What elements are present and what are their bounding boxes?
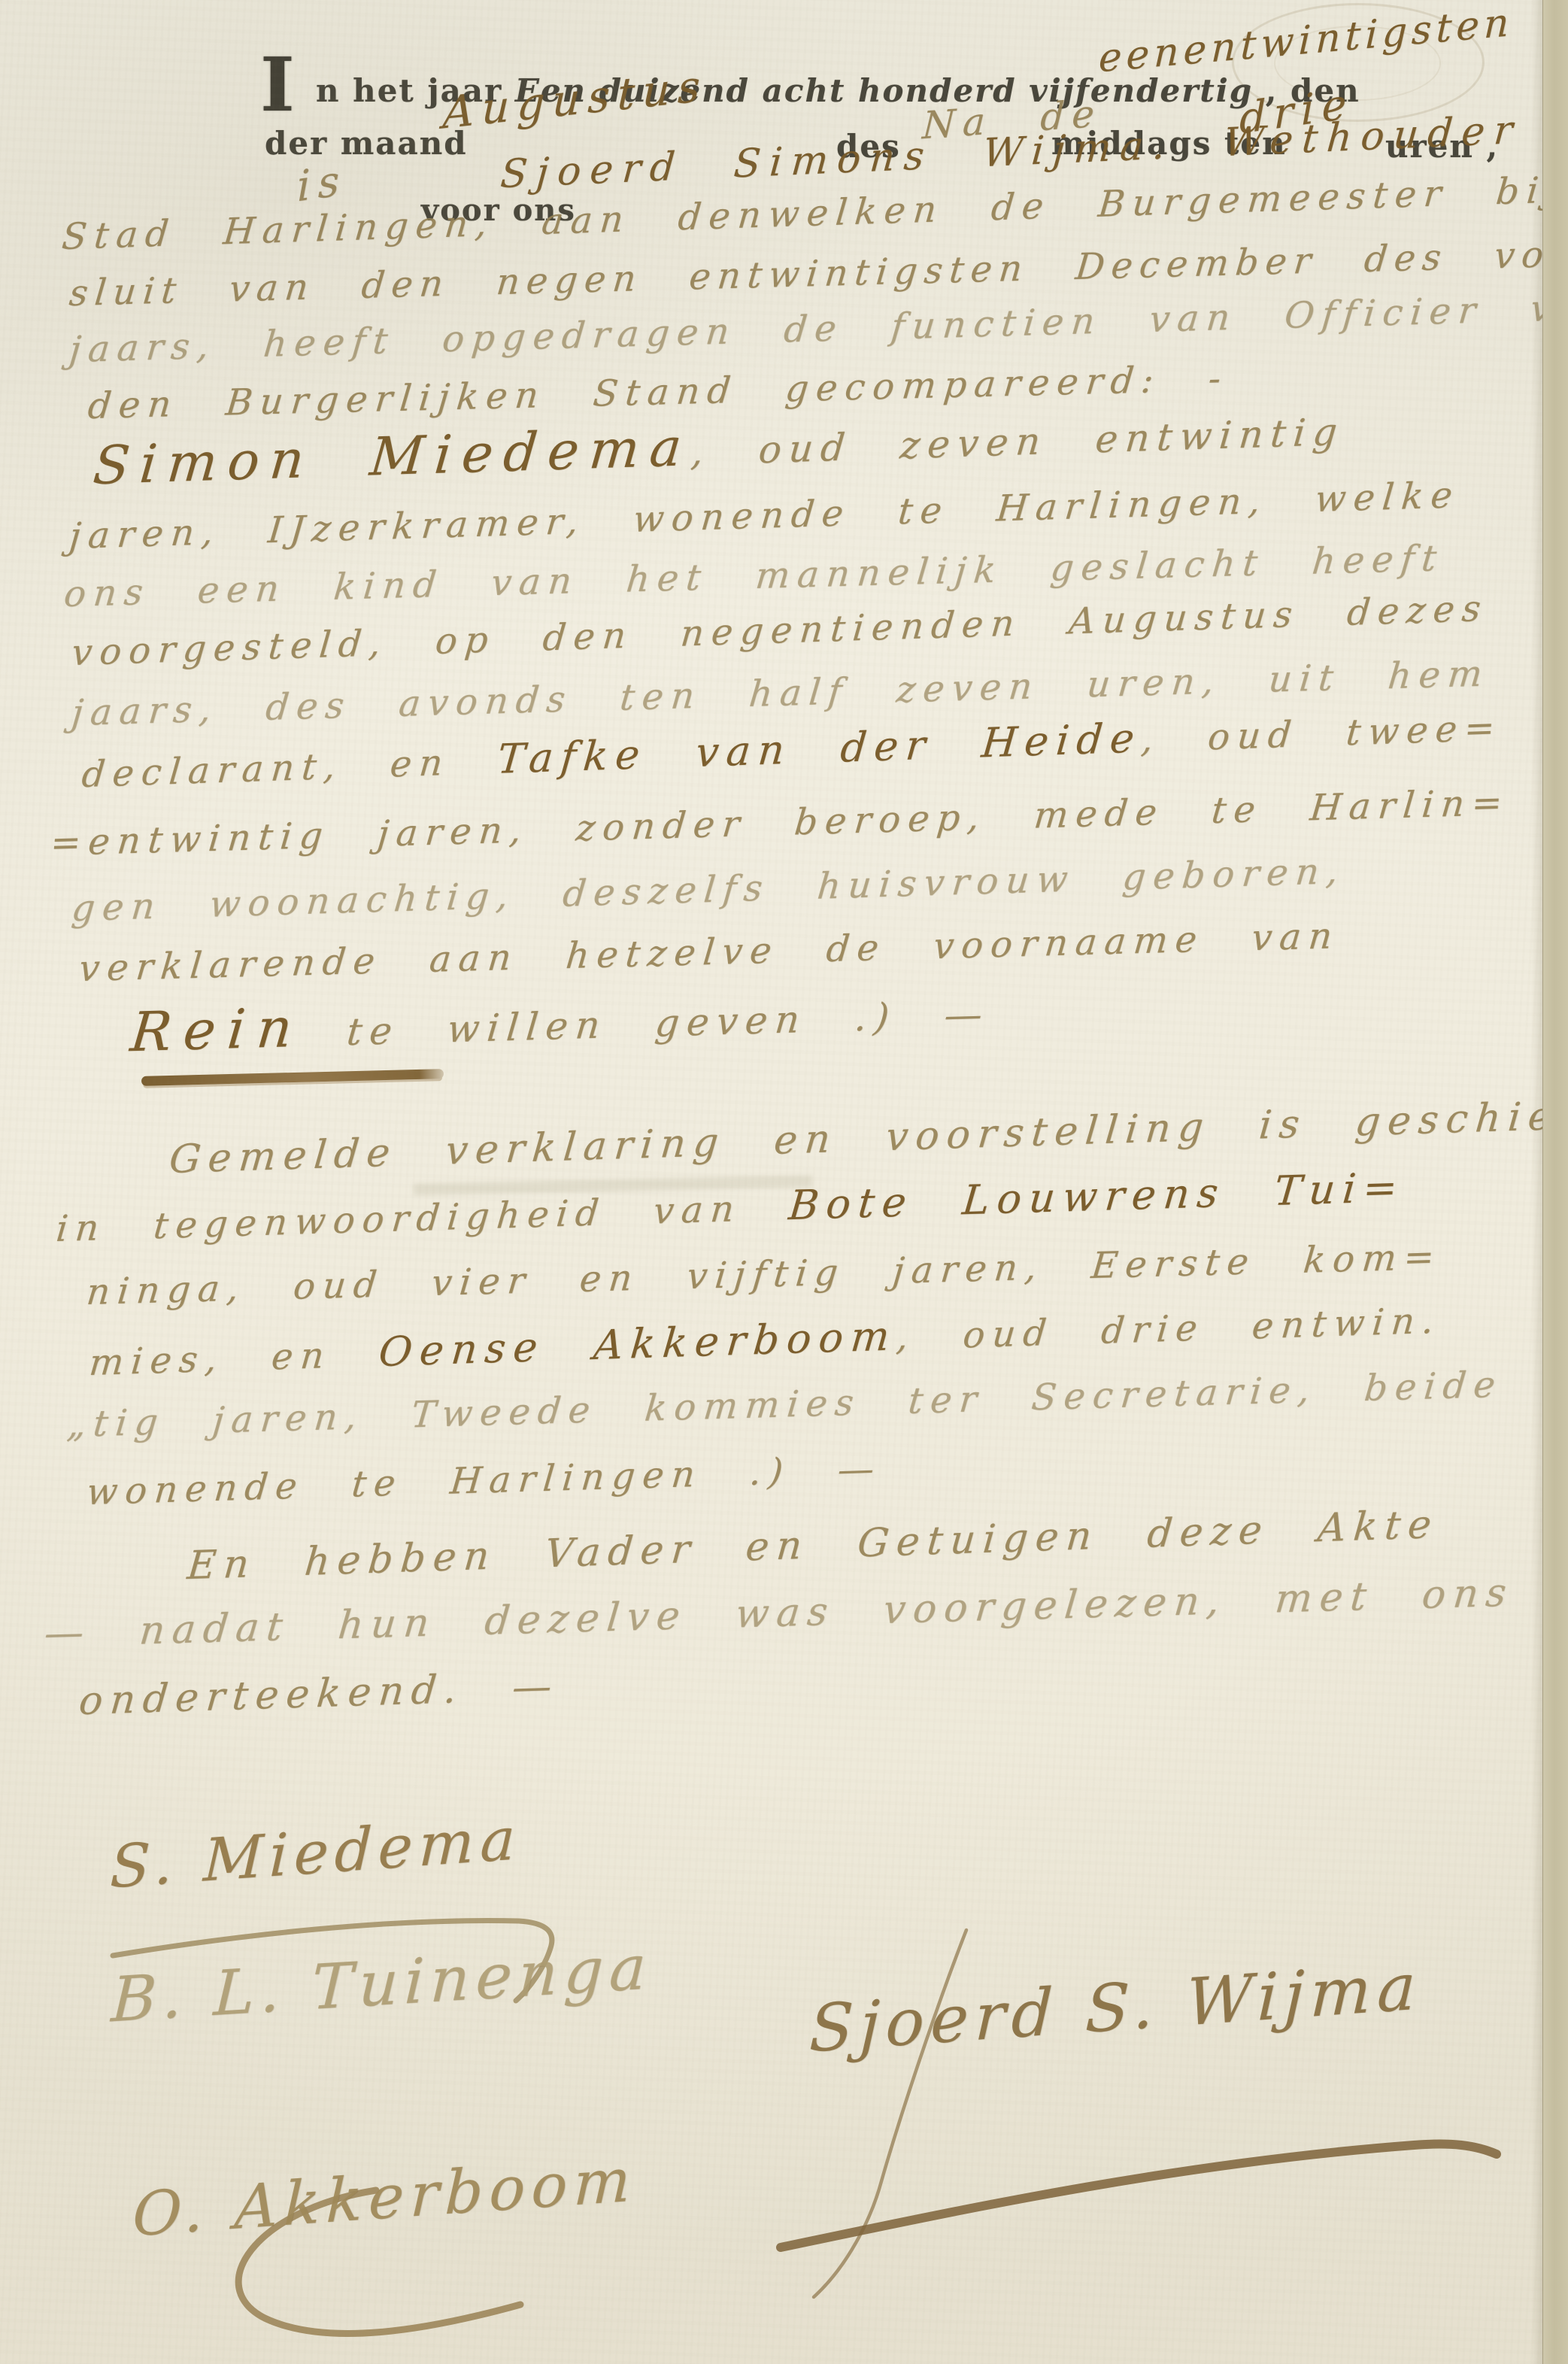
- declarant-name: Simon Miedema: [91, 416, 695, 496]
- mother-line-post: , oud twee=: [1139, 706, 1503, 760]
- handwritten-month: Augustus: [442, 59, 708, 139]
- child-name: Rein: [128, 996, 307, 1064]
- child-name-underline-stroke: [141, 1069, 444, 1086]
- page-edge: [1542, 0, 1568, 2364]
- act-line: gen woonachtig, deszelfs huisvrouw gebor…: [70, 850, 1348, 930]
- official-signature-underline: [781, 2144, 1497, 2248]
- declarant-suffix: , oud zeven entwintig: [690, 410, 1347, 474]
- handwritten-is: is: [297, 156, 347, 212]
- witness1-line-pre: in tegenwoordigheid van: [54, 1186, 790, 1250]
- signature-official: Sjoerd S. Wijma: [808, 1949, 1423, 2067]
- mother-line-pre: declarant, en: [80, 740, 499, 797]
- act-line: En hebben Vader en Getuigen deze Akte: [186, 1502, 1441, 1589]
- decorative-initial: I: [260, 42, 295, 129]
- printed-der-maand: der maand: [265, 125, 468, 162]
- mother-name: Tafke van der Heide: [496, 714, 1144, 783]
- signature-witness2: O. Akkerboom: [132, 2144, 638, 2250]
- witness1-name: Bote Louwrens Tui=: [787, 1164, 1407, 1230]
- child-name-line: Reinte willen geven .) —: [128, 976, 993, 1064]
- witness2-line-pre: mies, en: [87, 1333, 381, 1384]
- signature-father: S. Miedema: [109, 1805, 523, 1902]
- witness2-name: Oense Akkerboom: [377, 1312, 899, 1376]
- document-page: I n het jaar Een duizend acht honderd vi…: [0, 0, 1568, 2364]
- signature-witness1: B. L. Tuinenga: [110, 1932, 654, 2036]
- act-line: onderteekend. —: [77, 1664, 561, 1724]
- act-line: wonende te Harlingen .) —: [85, 1448, 884, 1514]
- witness2-line-post: , oud drie entwin.: [895, 1300, 1443, 1359]
- page-edge-shadow: [1531, 0, 1543, 2364]
- child-name-suffix: te willen geven .) —: [345, 992, 992, 1054]
- act-line: verklarende aan hetzelve de voornaame va…: [77, 915, 1342, 990]
